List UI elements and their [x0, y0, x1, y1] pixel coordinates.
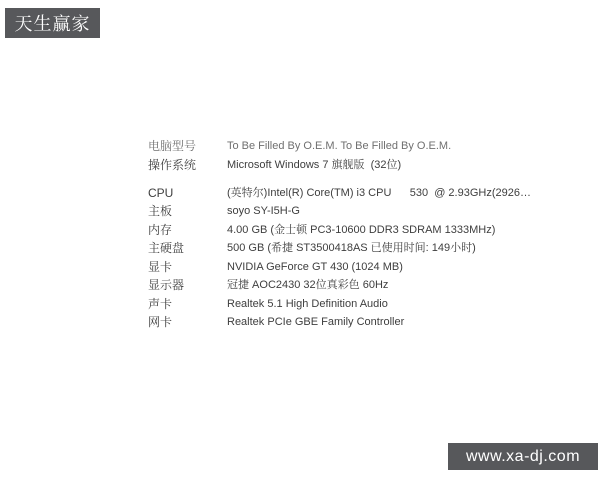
spec-row: 主硬盘 500 GB (希捷 ST3500418AS 已使用时间: 149小时) — [148, 239, 568, 258]
spec-label: 内存 — [148, 221, 227, 240]
spec-value: To Be Filled By O.E.M. To Be Filled By O… — [227, 137, 451, 156]
spec-label: 主硬盘 — [148, 239, 227, 258]
spec-value: Realtek PCIe GBE Family Controller — [227, 313, 404, 332]
spec-value: NVIDIA GeForce GT 430 (1024 MB) — [227, 258, 403, 277]
spec-value: Realtek 5.1 High Definition Audio — [227, 295, 388, 314]
spec-row: 网卡 Realtek PCIe GBE Family Controller — [148, 313, 568, 332]
watermark-bottom-badge: www.xa-dj.com — [448, 443, 598, 470]
spec-row: 显卡 NVIDIA GeForce GT 430 (1024 MB) — [148, 258, 568, 277]
spec-label: 声卡 — [148, 295, 227, 314]
spec-label: 主板 — [148, 202, 227, 221]
watermark-top-text: 天生赢家 — [15, 10, 91, 36]
spec-label: 电脑型号 — [148, 137, 227, 156]
spec-label: 操作系统 — [148, 156, 227, 175]
spec-row: 操作系统 Microsoft Windows 7 旗舰版 (32位) — [148, 156, 568, 175]
spec-value: Microsoft Windows 7 旗舰版 (32位) — [227, 156, 401, 175]
page: { "watermark_top": { "text": "天生赢家", "bg… — [0, 0, 600, 480]
spec-label: 显卡 — [148, 258, 227, 277]
spec-label: 网卡 — [148, 313, 227, 332]
spec-value: (英特尔)Intel(R) Core(TM) i3 CPU 530 @ 2.93… — [227, 184, 531, 203]
watermark-top-badge: 天生赢家 — [5, 8, 100, 38]
spec-row: CPU (英特尔)Intel(R) Core(TM) i3 CPU 530 @ … — [148, 184, 568, 203]
spec-value: 冠捷 AOC2430 32位真彩色 60Hz — [227, 276, 388, 295]
spec-row: 内存 4.00 GB (金士顿 PC3-10600 DDR3 SDRAM 133… — [148, 221, 568, 240]
watermark-bottom-text: www.xa-dj.com — [466, 448, 580, 466]
spec-value: soyo SY-I5H-G — [227, 202, 300, 221]
spec-row: 显示器 冠捷 AOC2430 32位真彩色 60Hz — [148, 276, 568, 295]
spec-value: 4.00 GB (金士顿 PC3-10600 DDR3 SDRAM 1333MH… — [227, 221, 495, 240]
spec-row: 电脑型号 To Be Filled By O.E.M. To Be Filled… — [148, 137, 568, 156]
spec-row: 主板 soyo SY-I5H-G — [148, 202, 568, 221]
spec-label: CPU — [148, 184, 227, 203]
spec-row: 声卡 Realtek 5.1 High Definition Audio — [148, 295, 568, 314]
spec-table: 电脑型号 To Be Filled By O.E.M. To Be Filled… — [148, 137, 568, 332]
spec-value: 500 GB (希捷 ST3500418AS 已使用时间: 149小时) — [227, 239, 476, 258]
spec-label: 显示器 — [148, 276, 227, 295]
